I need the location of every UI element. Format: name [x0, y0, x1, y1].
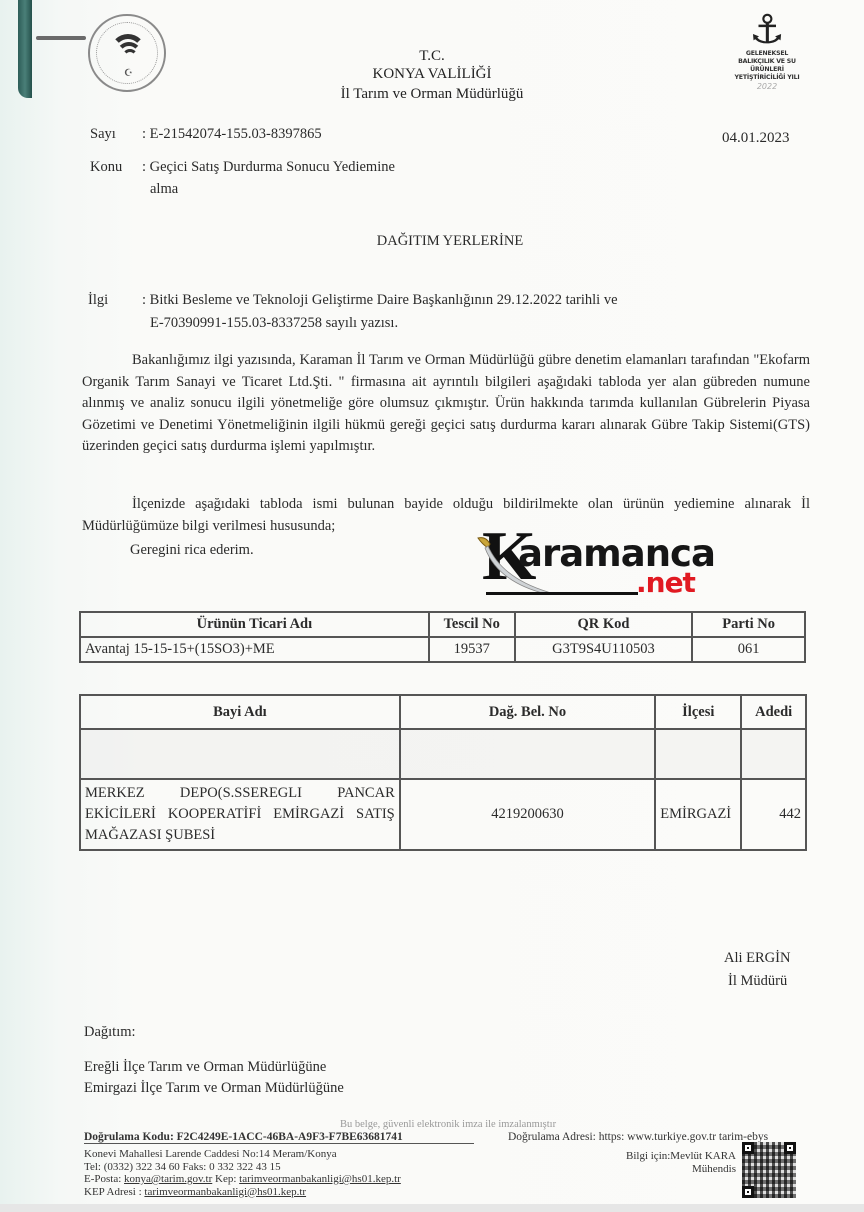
sayi-label: Sayı	[90, 124, 116, 144]
verification-code: Doğrulama Kodu: F2C4249E-1ACC-46BA-A9F3-…	[84, 1131, 474, 1144]
konu-label: Konu	[90, 157, 122, 177]
kep-link[interactable]: tarimveormanbakanligi@hs01.kep.tr	[239, 1173, 401, 1185]
cell-quantity	[741, 729, 806, 779]
logo-text-line2: BALIKÇILIK VE SU ÜRÜNLERİ	[722, 58, 812, 74]
esign-note: Bu belge, güvenli elektronik imza ile im…	[340, 1119, 556, 1130]
distribution-label: Dağıtım:	[84, 1022, 136, 1042]
document-date: 04.01.2023	[722, 128, 790, 148]
phone-fax: Tel: (0332) 322 34 60 Faks: 0 332 322 43…	[84, 1161, 401, 1174]
kep-label: Kep:	[212, 1173, 239, 1185]
fishing-year-logo: ⚓︎ GELENEKSEL BALIKÇILIK VE SU ÜRÜNLERİ …	[722, 10, 812, 105]
col-qr-code: QR Kod	[515, 612, 693, 637]
col-product-name: Ürünün Ticari Adı	[80, 612, 429, 637]
col-registration-no: Tescil No	[429, 612, 515, 637]
konu-value: : Geçici Satış Durdurma Sonucu Yediemine	[142, 157, 395, 177]
konu-value-cont: alma	[150, 179, 178, 199]
info-contact-name: Bilgi için:Mevlüt KARA	[612, 1150, 736, 1163]
cell-district	[655, 729, 741, 779]
email-label: E-Posta:	[84, 1173, 124, 1185]
document-page: ☪ T.C. KONYA VALİLİĞİ İl Tarım ve Orman …	[0, 0, 864, 1212]
ilgi-label: İlgi	[88, 290, 108, 310]
body-paragraph-1: Bakanlığımız ilgi yazısında, Karaman İl …	[82, 350, 810, 458]
cell-dealer-name: MERKEZ DEPO(S.SSEREGLI PANCAR EKİCİLERİ …	[80, 779, 400, 850]
product-table-header: Ürünün Ticari Adı Tescil No QR Kod Parti…	[80, 612, 805, 637]
table-row: Avantaj 15-15-15+(15SO3)+ME 19537 G3T9S4…	[80, 637, 805, 662]
cell-dealer-name	[80, 729, 400, 779]
dealer-table-header: Bayi Adı Dağ. Bel. No İlçesi Adedi	[80, 695, 806, 729]
cell-qr-code: G3T9S4U110503	[515, 637, 693, 662]
cell-product-name: Avantaj 15-15-15+(15SO3)+ME	[80, 637, 429, 662]
logo-year: 2022	[722, 82, 812, 91]
addressee: DAĞITIM YERLERİNE	[0, 233, 864, 250]
postal-address: Konevi Mahallesi Larende Caddesi No:14 M…	[84, 1148, 401, 1161]
karamanca-watermark: K aramanca .net	[466, 526, 706, 600]
dealer-table: Bayi Adı Dağ. Bel. No İlçesi Adedi MERKE…	[79, 694, 807, 851]
col-quantity: Adedi	[741, 695, 806, 729]
table-row	[80, 729, 806, 779]
verification-code-text: Doğrulama Kodu: F2C4249E-1ACC-46BA-A9F3-…	[84, 1131, 403, 1143]
page-bottom-edge	[0, 1204, 864, 1212]
cell-registration-no: 19537	[429, 637, 515, 662]
ilgi-line1: : Bitki Besleme ve Teknoloji Geliştirme …	[142, 290, 618, 310]
signatory-title: İl Müdürü	[728, 971, 787, 991]
kep-address-line: KEP Adresi : tarimveormanbakanligi@hs01.…	[84, 1186, 401, 1199]
sayi-value: : E-21542074-155.03-8397865	[142, 124, 322, 144]
cell-distribution-doc-no	[400, 729, 656, 779]
cell-lot-no: 061	[692, 637, 805, 662]
watermark-suffix: .net	[636, 566, 695, 599]
col-lot-no: Parti No	[692, 612, 805, 637]
distribution-item: Ereğli İlçe Tarım ve Orman Müdürlüğüne	[84, 1057, 326, 1077]
logo-text-line1: GELENEKSEL	[722, 50, 812, 58]
table-row: MERKEZ DEPO(S.SSEREGLI PANCAR EKİCİLERİ …	[80, 779, 806, 850]
col-district: İlçesi	[655, 695, 741, 729]
email-link[interactable]: konya@tarim.gov.tr	[124, 1173, 212, 1185]
watermark-underline	[486, 592, 638, 595]
product-table: Ürünün Ticari Adı Tescil No QR Kod Parti…	[79, 611, 806, 663]
signatory-name: Ali ERGİN	[724, 948, 790, 968]
verification-address[interactable]: Doğrulama Adresi: https: www.turkiye.gov…	[508, 1131, 768, 1143]
fishing-hook-icon: ⚓︎	[722, 10, 812, 50]
col-dealer-name: Bayi Adı	[80, 695, 400, 729]
logo-text-line3: YETİŞTİRİCİLİĞİ YILI	[722, 74, 812, 82]
closing-line: Geregini rica ederim.	[130, 540, 254, 560]
distribution-item: Emirgazi İlçe Tarım ve Orman Müdürlüğüne	[84, 1078, 344, 1098]
contact-block: Konevi Mahallesi Larende Caddesi No:14 M…	[84, 1148, 401, 1198]
cell-district: EMİRGAZİ	[655, 779, 741, 850]
kep-address-link[interactable]: tarimveormanbakanligi@hs01.kep.tr	[144, 1186, 306, 1198]
info-contact-title: Mühendis	[612, 1163, 736, 1176]
info-contact: Bilgi için:Mevlüt KARA Mühendis	[612, 1150, 736, 1175]
email-line: E-Posta: konya@tarim.gov.tr Kep: tarimve…	[84, 1173, 401, 1186]
qr-code-icon	[742, 1142, 796, 1198]
kep-address-label: KEP Adresi :	[84, 1186, 144, 1198]
binder-clip-wire	[36, 36, 86, 40]
cell-quantity: 442	[741, 779, 806, 850]
ilgi-line2: E-70390991-155.03-8337258 sayılı yazısı.	[150, 313, 398, 333]
col-distribution-doc-no: Dağ. Bel. No	[400, 695, 656, 729]
cell-distribution-doc-no: 4219200630	[400, 779, 656, 850]
